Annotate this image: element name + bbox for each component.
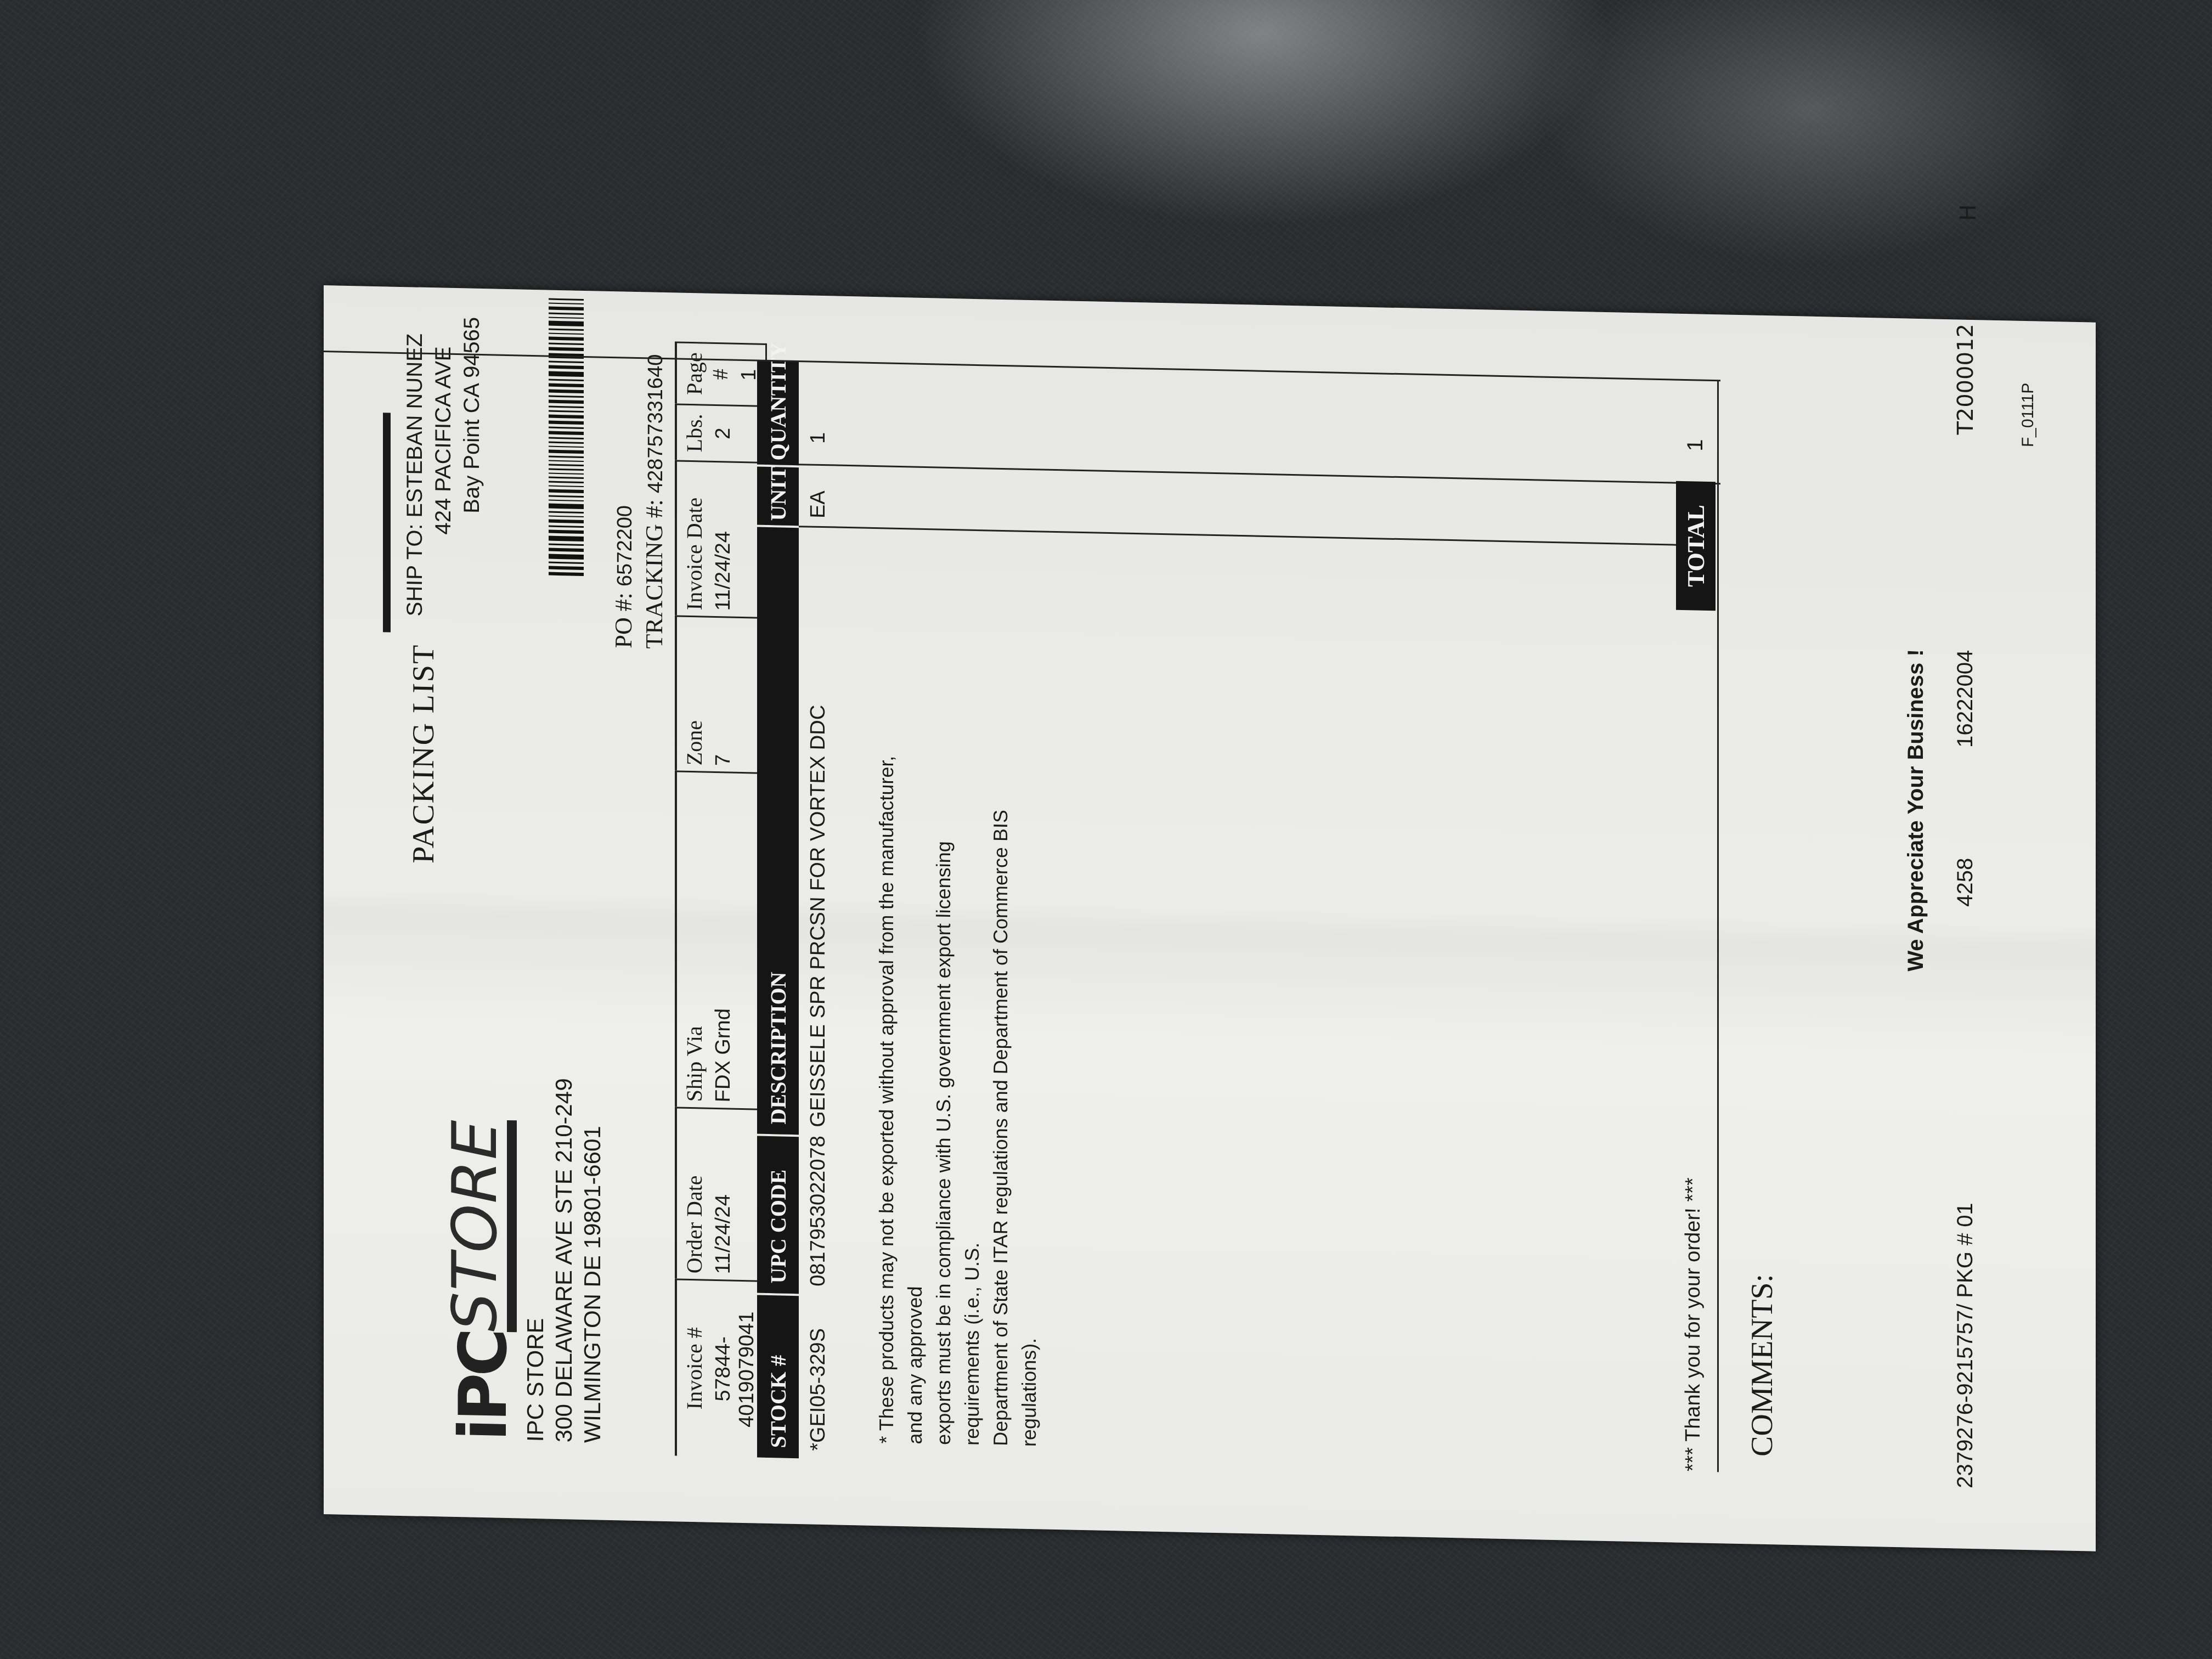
package-reference: 2379276-9215757/ PKG # 01 [1953, 1203, 1978, 1488]
item-quantity: 1 [806, 361, 830, 466]
po-label: PO #: [610, 592, 637, 648]
col-unit: UNIT [757, 465, 799, 526]
tracking-number: 428757331640 [644, 354, 667, 493]
sender-address-line2: WILMINGTON DE 19801-6601 [578, 1079, 607, 1443]
tracking-label: TRACKING #: [641, 499, 668, 650]
ship-to-block: SHIP TO: ESTEBAN NUNEZ 424 PACIFICA AVE … [400, 315, 486, 618]
col-description: DESCRIPTION [757, 525, 799, 1135]
comments-label: COMMENTS: [1745, 1273, 1780, 1457]
invoice-date-cell: Invoice Date11/24/24 [676, 461, 766, 618]
item-upc: 081795302207​8 [806, 1135, 830, 1294]
order-info-table: Invoice #57844-4019079041 Order Date11/2… [675, 341, 767, 1458]
po-number: 6572200 [613, 505, 636, 587]
order-date-cell: Order Date11/24/24 [676, 1108, 766, 1281]
table-bottom-border [1717, 380, 1719, 1472]
ship-via-cell: Ship ViaFDX Grnd [676, 771, 766, 1109]
item-description: GEISSELE SPR PRCSN FOR VORTEX DDC [806, 526, 830, 1135]
footer-code-1: 4258 [1953, 857, 1978, 907]
sender-name: IPC STORE [521, 1077, 550, 1442]
ship-to-label: SHIP TO: [403, 523, 427, 617]
footer-code-3: T2000012 [1953, 324, 1978, 436]
export-notice: * These products may not be exported wit… [872, 730, 1043, 1447]
logo-suffix: STORE [444, 1119, 517, 1332]
col-upc: UPC CODE [757, 1134, 799, 1294]
sender-address: IPC STORE 300 DELAWARE AVE STE 210-249 W… [521, 1077, 607, 1443]
lbs-cell: Lbs.2 [676, 404, 766, 462]
zone-cell: Zone7 [676, 616, 766, 773]
document-title: PACKING LIST [406, 644, 441, 864]
tracking-barcode [549, 268, 584, 576]
item-stock: *GEI05-329S [806, 1294, 830, 1459]
sender-address-line1: 300 DELAWARE AVE STE 210-249 [550, 1078, 578, 1443]
total-quantity: 1 [1683, 439, 1708, 452]
items-table-header: STOCK # UPC CODE DESCRIPTION UNIT QUANTI… [757, 360, 799, 1459]
ship-to-name: ESTEBAN NUNEZ [403, 333, 427, 518]
po-tracking-block: PO #: 6572200 TRACKING #: 428757331640 [609, 353, 670, 650]
total-label: TOTAL [1676, 481, 1716, 611]
header-rule [383, 413, 391, 632]
thank-you-message: *** Thank you for your order! *** [1681, 1177, 1705, 1472]
footer-code-2: 16222004 [1953, 650, 1978, 748]
item-unit: EA [806, 465, 830, 526]
col-quantity: QUANTITY [757, 360, 799, 466]
store-logo: iPC STORE [444, 1119, 517, 1441]
packing-list-sheet: iPC STORE IPC STORE 300 DELAWARE AVE STE… [324, 285, 2096, 1551]
col-stock: STOCK # [757, 1293, 799, 1459]
ship-to-address-line2: Bay Point CA 94565 [458, 317, 486, 618]
appreciation-message: We Appreciate Your Business ! [1904, 649, 1928, 972]
unit-column-divider [799, 526, 1677, 546]
invoice-number-cell: Invoice #57844-4019079041 [676, 1279, 766, 1458]
form-code: F_0111P [2019, 382, 2038, 447]
ship-to-address-line1: 424 PACIFICA AVE [429, 316, 458, 617]
quantity-column-divider [799, 464, 1720, 484]
page-number-cell: Page #1 [676, 342, 766, 406]
footer-code-4: H [1956, 204, 1981, 221]
logo-prefix: iPC [451, 1331, 517, 1442]
table-right-border [324, 351, 1720, 381]
